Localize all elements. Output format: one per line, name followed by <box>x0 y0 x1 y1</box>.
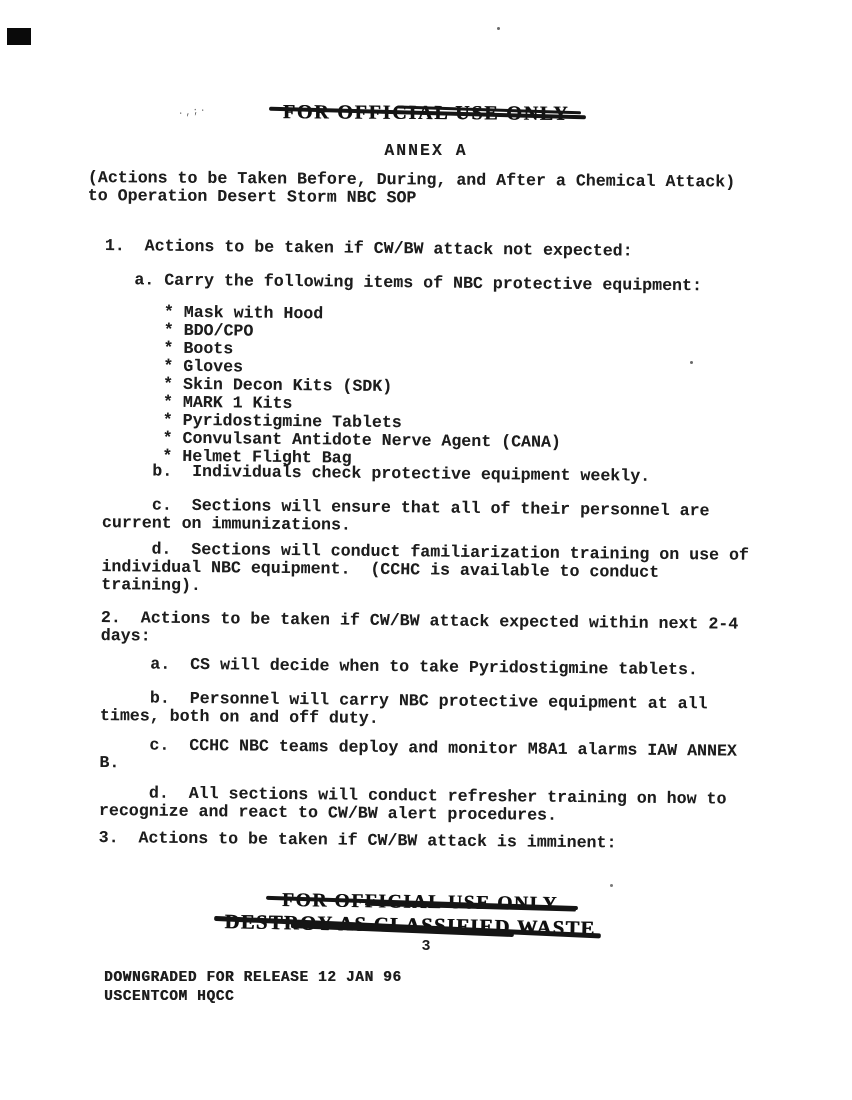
paragraph-1: 1. Actions to be taken if CW/BW attack n… <box>105 237 633 261</box>
paragraph-1a: a. Carry the following items of NBC prot… <box>104 271 702 295</box>
paragraph-1d: d. Sections will conduct familiarization… <box>101 540 749 601</box>
release-note: DOWNGRADED FOR RELEASE 12 JAN 96 USCENTC… <box>104 969 402 1006</box>
annex-title: ANNEX A <box>0 141 852 160</box>
paragraph-2d: d. All sections will conduct refresher t… <box>99 784 727 827</box>
classification-stamp-top: FOR OFFICIAL USE ONLY <box>0 99 852 127</box>
equipment-list: * Mask with Hood * BDO/CPO * Boots * Glo… <box>103 303 563 470</box>
document-body: 1. Actions to be taken if CW/BW attack n… <box>98 234 805 881</box>
page-number: 3 <box>0 938 852 955</box>
paragraph-2a: a. CS will decide when to take Pyridosti… <box>100 655 698 679</box>
paragraph-2: 2. Actions to be taken if CW/BW attack e… <box>101 609 739 652</box>
scan-corner-mark <box>7 28 31 45</box>
intro-paragraph: (Actions to be Taken Before, During, and… <box>88 169 736 210</box>
paragraph-3: 3. Actions to be taken if CW/BW attack i… <box>99 829 617 852</box>
paragraph-1c: c. Sections will ensure that all of thei… <box>102 496 710 538</box>
scan-speck <box>610 884 613 887</box>
paragraph-2c: c. CCHC NBC teams deploy and monitor M8A… <box>99 736 737 779</box>
paragraph-1b: b. Individuals check protective equipmen… <box>102 462 650 486</box>
scanned-document-page: ·,;· FOR OFFICIAL USE ONLY ANNEX A (Acti… <box>0 0 852 1100</box>
scan-speck <box>497 27 500 30</box>
paragraph-2b: b. Personnel will carry NBC protective e… <box>100 689 708 731</box>
